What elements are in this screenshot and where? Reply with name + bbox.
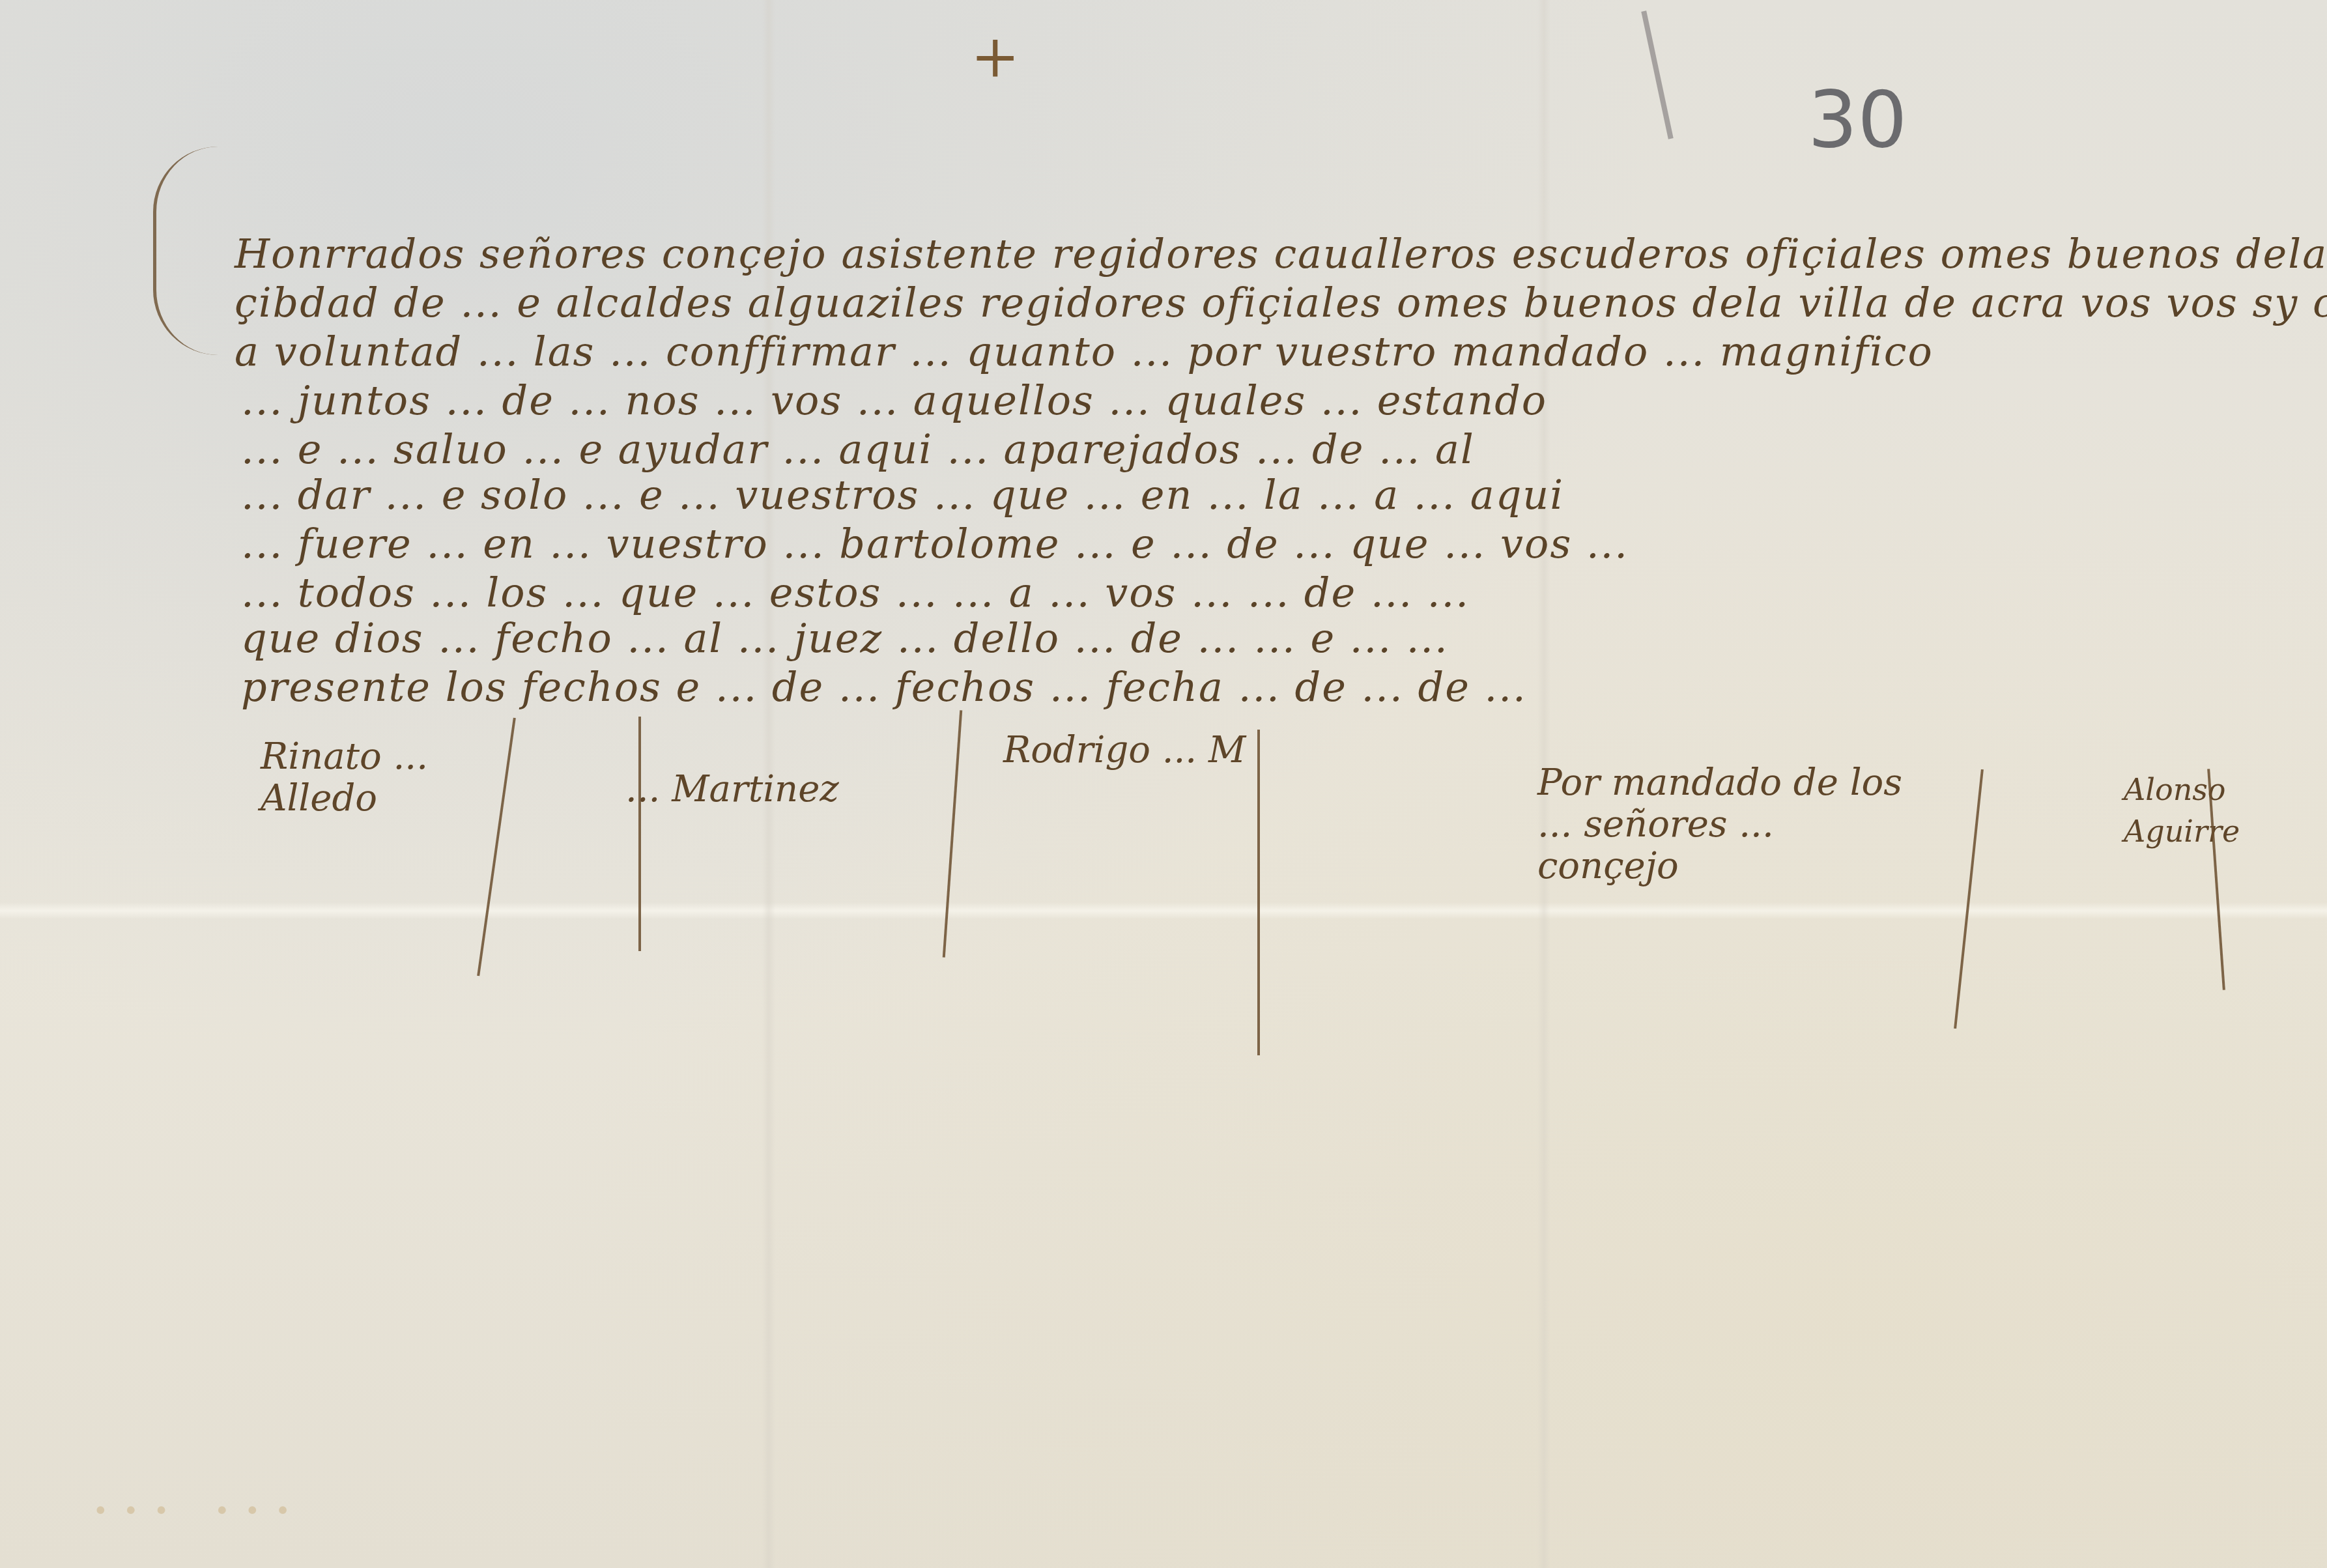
cross-mark: + bbox=[971, 23, 1020, 91]
text-line: a voluntad ... las ... conffirmar ... qu… bbox=[235, 329, 1934, 375]
signature-1: Rinato ... Alledo bbox=[261, 736, 508, 820]
folio-number: 30 bbox=[1808, 75, 1907, 165]
ink-offset-stain: ... ... bbox=[91, 1459, 304, 1528]
text-line: Honrrados señores conçejo asistente regi… bbox=[235, 231, 2327, 277]
signature-flourish bbox=[943, 710, 962, 957]
text-line: ... todos ... los ... que ... estos ... … bbox=[241, 570, 1470, 616]
signature-flourish bbox=[638, 717, 641, 951]
signature-4: Por mandado de los ... señores ... conçe… bbox=[1537, 762, 1902, 887]
text-line: presente los fechos e ... de ... fechos … bbox=[241, 664, 1527, 710]
manuscript-page: + 30 Honrrados señores conçejo asistente… bbox=[0, 0, 2327, 1568]
text-line: que dios ... fecho ... al ... juez ... d… bbox=[241, 616, 1449, 661]
text-line: çibdad de ... e alcaldes alguaziles regi… bbox=[235, 280, 2327, 326]
pencil-stroke bbox=[1641, 10, 1673, 139]
horizontal-fold bbox=[0, 902, 2327, 919]
signature-2: ... Martinez bbox=[625, 769, 886, 810]
text-line: ... dar ... e solo ... e ... vuestros ..… bbox=[241, 472, 1564, 518]
text-line: ... fuere ... en ... vuestro ... bartolo… bbox=[241, 521, 1629, 567]
signature-3: Rodrigo ... M bbox=[1003, 730, 1251, 771]
signature-flourish bbox=[1257, 730, 1260, 1055]
signature-flourish bbox=[1954, 769, 1984, 1029]
text-line: ... e ... saluo ... e ayudar ... aqui ..… bbox=[241, 427, 1475, 472]
text-line: ... juntos ... de ... nos ... vos ... aq… bbox=[241, 378, 1547, 423]
